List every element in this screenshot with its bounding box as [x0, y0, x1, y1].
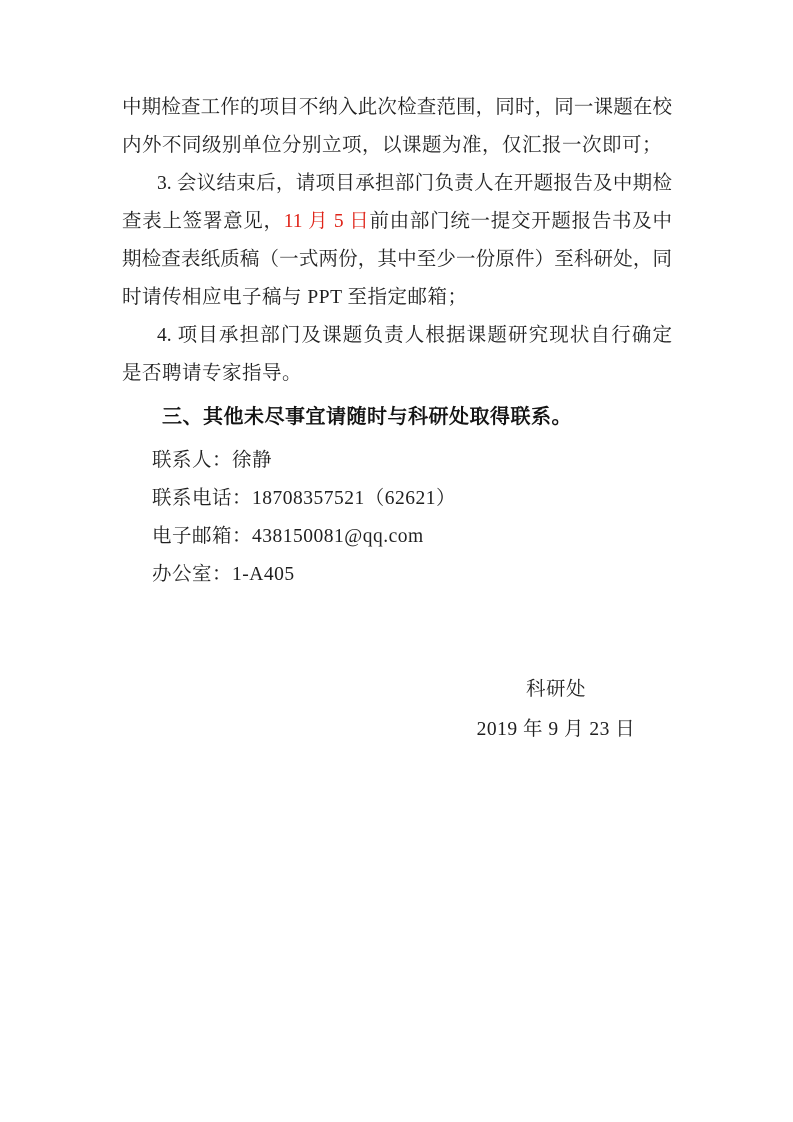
contact-block: 联系人：徐静 联系电话：18708357521（62621） 电子邮箱：4381…: [152, 442, 672, 594]
body-line-item3: 3. 会议结束后，请项目承担部门负责人在开题报告及中期检: [122, 165, 672, 203]
body-line-segment: 前由部门统一提交开题报告书及中: [369, 211, 672, 232]
document-page: 中期检查工作的项目不纳入此次检查范围，同时，同一课题在校 内外不同级别单位分别立…: [0, 0, 793, 1122]
contact-email-line: 电子邮箱：438150081@qq.com: [152, 518, 672, 556]
body-line: 时请传相应电子稿与 PPT 至指定邮箱；: [122, 279, 672, 317]
contact-phone-line: 联系电话：18708357521（62621）: [152, 480, 672, 518]
body-line: 是否聘请专家指导。: [122, 355, 672, 393]
highlight-date: 11 月 5 日: [284, 211, 370, 232]
contact-person-line: 联系人：徐静: [152, 442, 672, 480]
signature-date: 2019 年 9 月 23 日: [400, 711, 712, 749]
contact-office-line: 办公室：1-A405: [152, 556, 672, 594]
body-line-segment: 查表上签署意见，: [122, 211, 284, 232]
body-line: 期检查表纸质稿（一式两份，其中至少一份原件）至科研处，同: [122, 241, 672, 279]
section-heading: 三、其他未尽事宜请随时与科研处取得联系。: [162, 398, 722, 436]
body-line-with-highlight: 查表上签署意见，11 月 5 日前由部门统一提交开题报告书及中: [122, 203, 672, 241]
body-text-block: 中期检查工作的项目不纳入此次检查范围，同时，同一课题在校 内外不同级别单位分别立…: [122, 89, 672, 393]
body-line: 中期检查工作的项目不纳入此次检查范围，同时，同一课题在校: [122, 89, 672, 127]
signature-block: 科研处 2019 年 9 月 23 日: [400, 671, 712, 749]
body-line: 内外不同级别单位分别立项，以课题为准，仅汇报一次即可；: [122, 127, 672, 165]
signature-department: 科研处: [400, 671, 712, 709]
body-line-item4: 4. 项目承担部门及课题负责人根据课题研究现状自行确定: [122, 317, 672, 355]
